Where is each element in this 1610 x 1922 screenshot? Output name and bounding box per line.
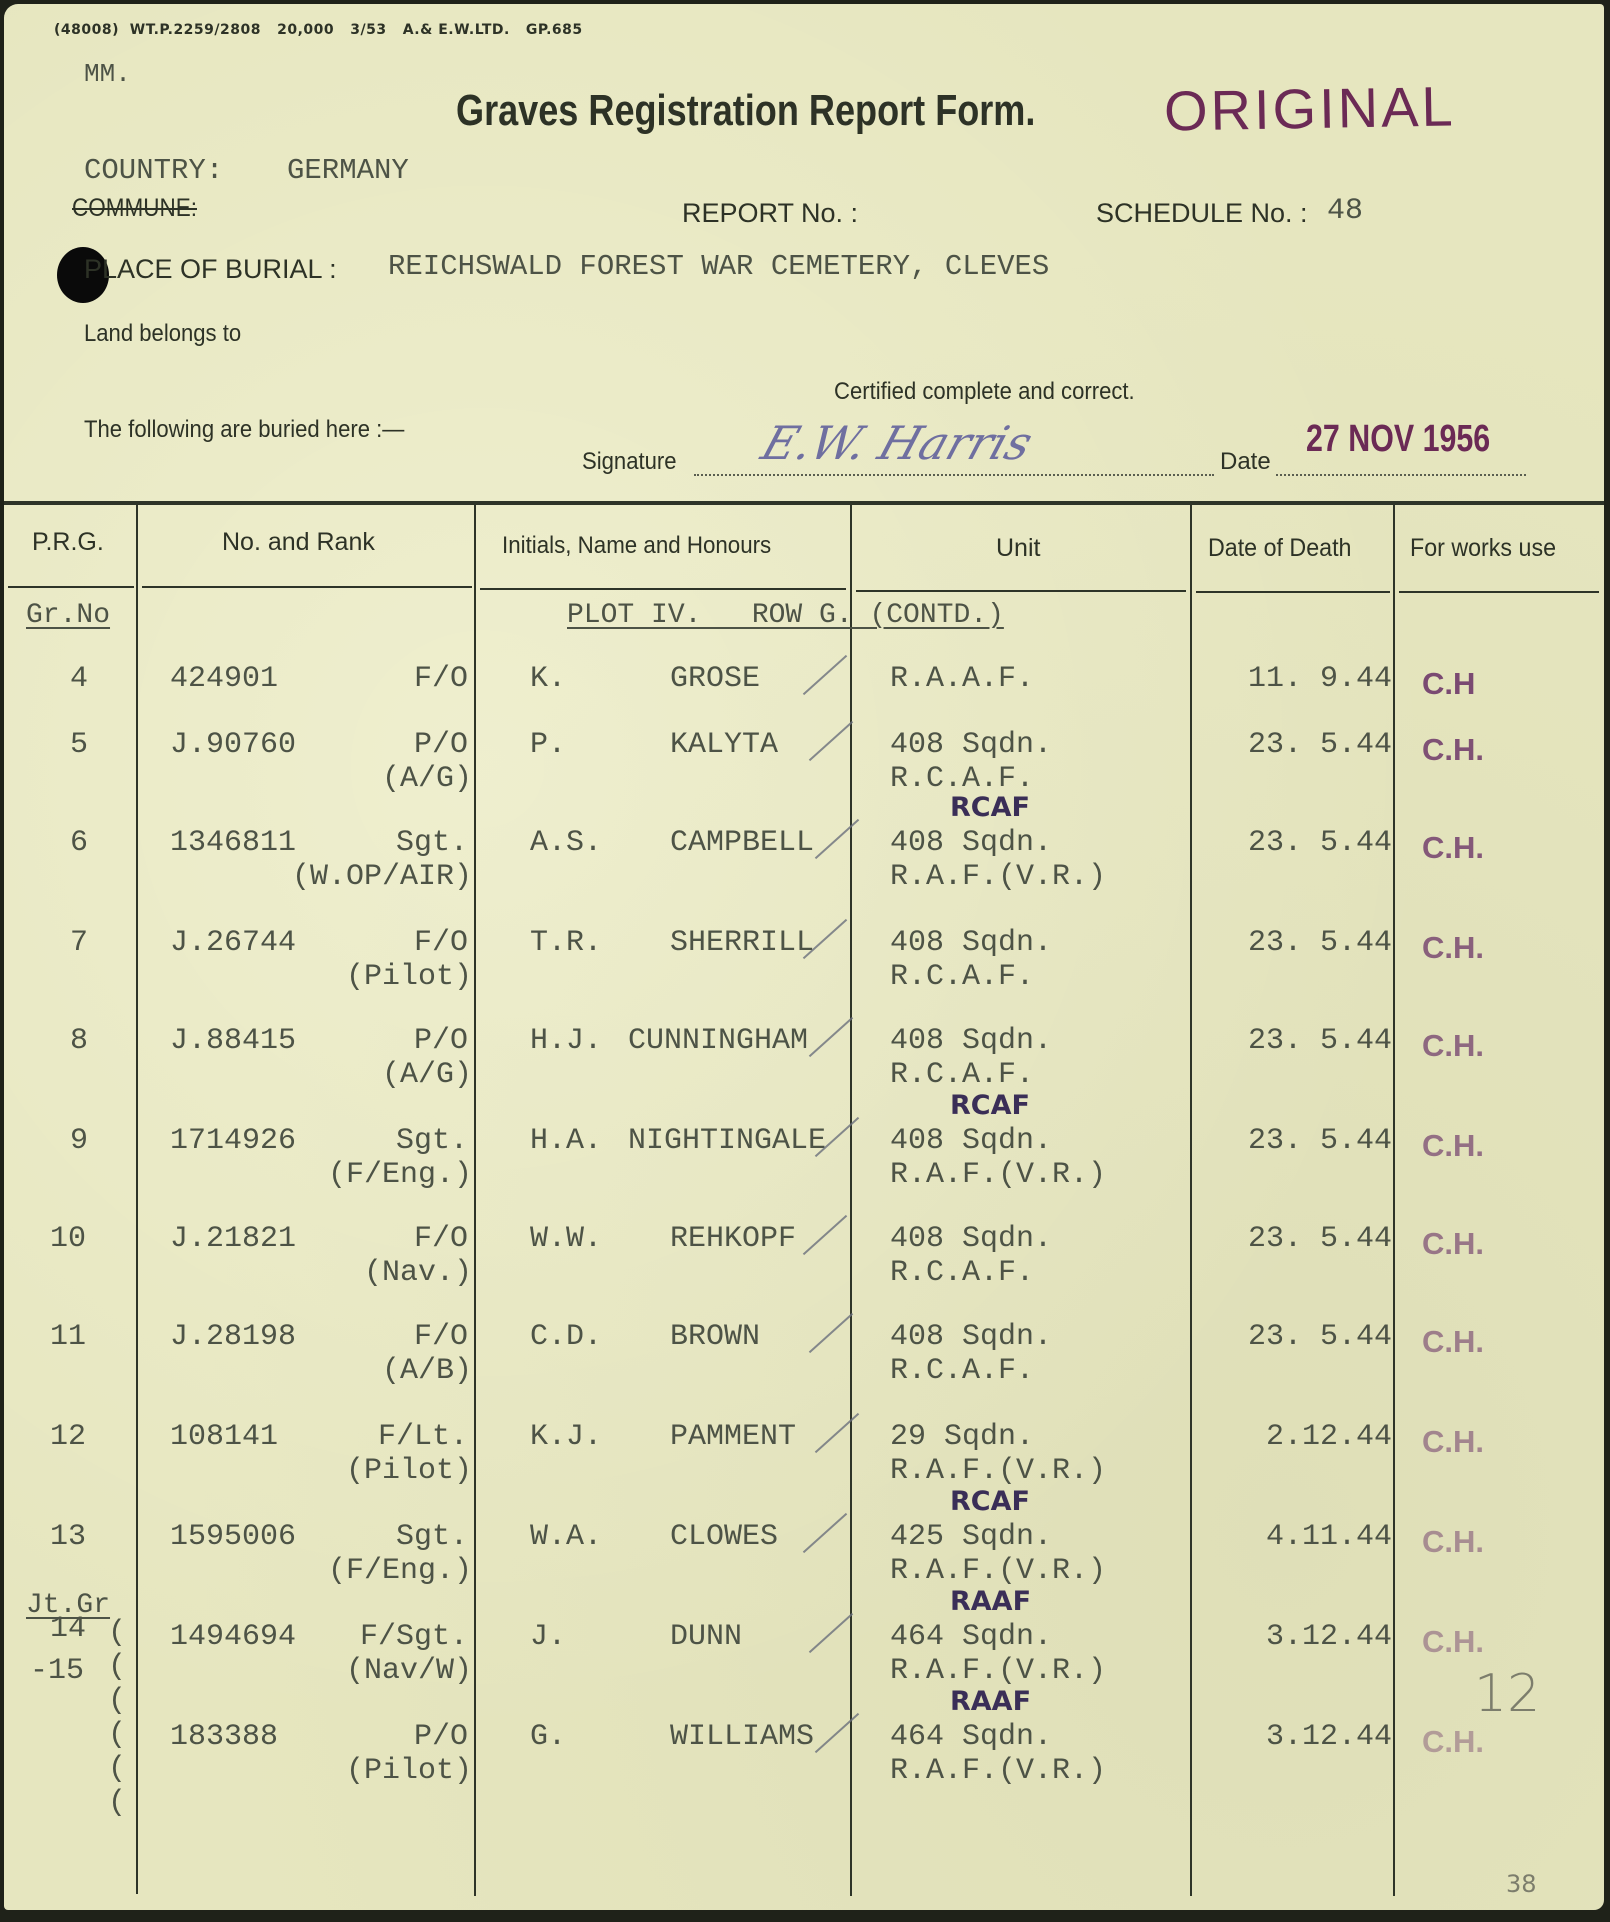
works-use-stamp: C.H. [1422,930,1484,966]
works-use-stamp: C.H. [1422,1128,1484,1164]
signature-label: Signature [582,448,677,476]
trade: (Nav/W) [346,1654,472,1688]
column-header-name: Initials, Name and Honours [502,532,771,560]
unit-annotation: RCAF [950,1486,1030,1517]
country-label: COUNTRY: [84,154,223,187]
land-belongs-label: Land belongs to [84,320,241,348]
check-tick-icon [803,1215,847,1255]
unit-annotation: RCAF [950,792,1030,823]
initials: J. [530,1620,566,1654]
unit-line-2: R.C.A.F. [890,1354,1034,1388]
grave-number: 8 [70,1024,88,1058]
grave-number: 9 [70,1124,88,1158]
unit-line-2: R.A.F.(V.R.) [890,1158,1106,1192]
certified-label: Certified complete and correct. [834,378,1135,406]
pencil-note: 12 [1474,1664,1540,1724]
unit-line-1: 408 Sqdn. [890,1222,1052,1256]
grave-number: 13 [50,1520,86,1554]
works-use-stamp: C.H. [1422,830,1484,866]
surname: REHKOPF [670,1222,796,1256]
check-tick-icon [815,1413,859,1453]
date-of-death: 23. 5.44 [1248,1124,1392,1158]
service-number: 108141 [170,1420,278,1454]
date-of-death: 23. 5.44 [1248,728,1392,762]
check-tick-icon [815,1713,859,1753]
column-header-prg: P.R.G. [32,528,104,557]
trade: (A/B) [382,1354,472,1388]
page-number: 38 [1506,1870,1537,1898]
grave-number: 12 [50,1420,86,1454]
rank: P/O [414,1024,468,1058]
rank: P/O [414,728,468,762]
surname: CLOWES [670,1520,778,1554]
trade: (A/G) [382,762,472,796]
initials: H.J. [530,1024,602,1058]
rank: F/O [414,1222,468,1256]
place-of-burial-value: REICHSWALD FOREST WAR CEMETERY, CLEVES [388,250,1049,283]
check-tick-icon [809,1313,853,1353]
column-divider [136,504,138,1894]
trade: (A/G) [382,1058,472,1092]
unit-annotation: RCAF [950,1090,1030,1121]
check-tick-icon [809,721,853,761]
report-form-paper: (48008) WT.P.2259/2808 20,000 3/53 A.& E… [4,4,1604,1910]
grave-number: 11 [50,1320,86,1354]
column-divider [474,504,476,1896]
plot-heading: PLOT IV. ROW G. (CONTD.) [567,600,1004,631]
check-tick-icon [815,819,859,859]
column-header-works-use: For works use [1410,534,1556,563]
signature: E.W. Harris [755,416,1039,470]
date-of-death: 23. 5.44 [1248,926,1392,960]
works-use-stamp: C.H. [1422,1226,1484,1262]
unit-line-1: 408 Sqdn. [890,1024,1052,1058]
unit-line-2: R.C.A.F. [890,1256,1034,1290]
header-rule [856,590,1186,592]
service-number: 1595006 [170,1520,296,1554]
date-line [1276,474,1526,476]
initials: A.S. [530,826,602,860]
surname: NIGHTINGALE [628,1124,826,1158]
date-of-death: 11. 9.44 [1248,662,1392,696]
form-title: Graves Registration Report Form. [456,86,1035,136]
column-header-no-rank: No. and Rank [222,528,375,557]
date-of-death: 23. 5.44 [1248,1222,1392,1256]
rank: Sgt. [396,1520,468,1554]
works-use-stamp: C.H. [1422,1028,1484,1064]
service-number: J.28198 [170,1320,296,1354]
trade: (Pilot) [346,960,472,994]
unit-line-2: R.C.A.F. [890,1058,1034,1092]
grave-number: 10 [50,1222,86,1256]
works-use-stamp: C.H. [1422,1624,1484,1660]
trade: (Pilot) [346,1454,472,1488]
column-divider [850,504,852,1896]
unit-line-2: R.A.F.(V.R.) [890,1554,1106,1588]
check-tick-icon [809,1613,853,1653]
initials: C.D. [530,1320,602,1354]
place-of-burial-label: PLACE OF BURIAL : [84,254,337,285]
initials: H.A. [530,1124,602,1158]
service-number: J.21821 [170,1222,296,1256]
unit-line-1: 464 Sqdn. [890,1620,1052,1654]
unit-line-1: 408 Sqdn. [890,926,1052,960]
unit-annotation: RAAF [950,1686,1031,1717]
joint-grave-label: Jt.Gr [26,1590,110,1621]
check-tick-icon [803,655,847,695]
rank: Sgt. [396,1124,468,1158]
unit-line-1: 408 Sqdn. [890,1124,1052,1158]
buried-here-label: The following are buried here :— [84,416,404,444]
surname: BROWN [670,1320,760,1354]
rank: F/O [414,1320,468,1354]
service-number: 1346811 [170,826,296,860]
surname: SHERRILL [670,926,814,960]
date-of-death: 4.11.44 [1266,1520,1392,1554]
column-header-date-of-death: Date of Death [1208,534,1351,563]
header-rule [142,586,472,588]
trade: (F/Eng.) [328,1554,472,1588]
unit-line-1: 408 Sqdn. [890,826,1052,860]
unit-line-2: R.C.A.F. [890,762,1034,796]
service-number: 424901 [170,662,278,696]
grave-number: 7 [70,926,88,960]
rank: F/Lt. [378,1420,468,1454]
schedule-no-value: 48 [1327,194,1363,228]
check-tick-icon [803,1513,847,1553]
date-of-death: 23. 5.44 [1248,1024,1392,1058]
surname: DUNN [670,1620,742,1654]
unit-line-2: R.A.F.(V.R.) [890,860,1106,894]
date-of-death: 23. 5.44 [1248,1320,1392,1354]
unit-line-2: R.A.F.(V.R.) [890,1454,1106,1488]
commune-label-struck: COMMUNE: [72,194,197,223]
unit-line-1: 408 Sqdn. [890,1320,1052,1354]
grave-number: 5 [70,728,88,762]
country-value: GERMANY [287,154,409,187]
initials: K.J. [530,1420,602,1454]
table-top-rule [4,501,1604,505]
column-divider [1190,504,1192,1896]
column-divider [1393,504,1395,1896]
unit-line-1: 408 Sqdn. [890,728,1052,762]
grave-number: -15 [30,1654,84,1688]
header-rule [1196,591,1390,593]
service-number: 1714926 [170,1124,296,1158]
header-rule [480,588,846,590]
service-number: J.90760 [170,728,296,762]
works-use-stamp: C.H. [1422,1724,1484,1760]
check-tick-icon [809,1017,853,1057]
unit-annotation: RAAF [950,1586,1031,1617]
trade: (Pilot) [346,1754,472,1788]
schedule-no-label: SCHEDULE No. : [1096,198,1308,229]
surname: PAMMENT [670,1420,796,1454]
file-reference: MM. [84,59,131,89]
grave-number: 4 [70,662,88,696]
service-number: 1494694 [170,1620,296,1654]
rank: P/O [414,1720,468,1754]
date-of-death: 3.12.44 [1266,1720,1392,1754]
unit-line-2: R.C.A.F. [890,960,1034,994]
initials: W.A. [530,1520,602,1554]
initials: P. [530,728,566,762]
trade: (W.OP/AIR) [292,860,472,894]
grave-no-label: Gr.No [26,600,110,631]
works-use-stamp: C.H [1422,666,1475,702]
works-use-stamp: C.H. [1422,732,1484,768]
date-of-death: 23. 5.44 [1248,826,1392,860]
header-rule [1399,591,1599,593]
initials: K. [530,662,566,696]
service-number: J.88415 [170,1024,296,1058]
date-stamp: 27 NOV 1956 [1306,418,1490,461]
initials: G. [530,1720,566,1754]
unit-line-1: 464 Sqdn. [890,1720,1052,1754]
initials: T.R. [530,926,602,960]
initials: W.W. [530,1222,602,1256]
date-of-death: 3.12.44 [1266,1620,1392,1654]
surname: GROSE [670,662,760,696]
rank: F/Sgt. [360,1620,468,1654]
grave-number: 6 [70,826,88,860]
rank: F/O [414,926,468,960]
trade: (F/Eng.) [328,1158,472,1192]
rank: F/O [414,662,468,696]
works-use-stamp: C.H. [1422,1324,1484,1360]
unit-line-1: 425 Sqdn. [890,1520,1052,1554]
surname: WILLIAMS [670,1720,814,1754]
original-stamp: ORIGINAL [1163,73,1456,143]
date-of-death: 2.12.44 [1266,1420,1392,1454]
surname: KALYTA [670,728,778,762]
works-use-stamp: C.H. [1422,1424,1484,1460]
date-label: Date [1220,448,1271,476]
column-header-unit: Unit [996,534,1040,563]
service-number: 183388 [170,1720,278,1754]
print-code: (48008) WT.P.2259/2808 20,000 3/53 A.& E… [54,22,583,38]
rank: Sgt. [396,826,468,860]
signature-line [694,474,1214,476]
joint-grave-brace: ( ( ( ( ( ( [108,1616,126,1820]
unit-line-2: R.A.F.(V.R.) [890,1654,1106,1688]
trade: (Nav.) [364,1256,472,1290]
header-rule [8,586,134,588]
report-no-label: REPORT No. : [682,198,858,229]
works-use-stamp: C.H. [1422,1524,1484,1560]
service-number: J.26744 [170,926,296,960]
unit-line-2: R.A.F.(V.R.) [890,1754,1106,1788]
unit-line-1: R.A.A.F. [890,662,1034,696]
unit-line-1: 29 Sqdn. [890,1420,1034,1454]
surname: CUNNINGHAM [628,1024,808,1058]
surname: CAMPBELL [670,826,814,860]
